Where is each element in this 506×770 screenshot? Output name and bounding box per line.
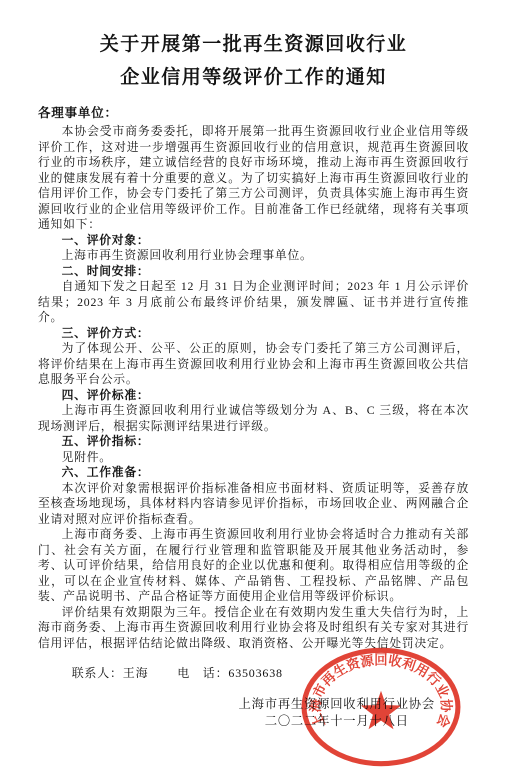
- section-3-heading: 三、评价方式：: [38, 326, 469, 342]
- contact-label: 联系人：: [72, 666, 123, 680]
- phone-number: 63503638: [228, 666, 282, 680]
- section-5-body: 见附件。: [38, 450, 469, 466]
- section-4-body: 上海市再生资源回收利用行业诚信等级划分为 A、B、C 三级，将在本次现场测评后，…: [38, 403, 469, 434]
- signature-date: 二〇二二年十一月十八日: [239, 713, 435, 730]
- signature-org: 上海市再生资源回收利用行业协会: [239, 696, 435, 713]
- section-1-heading: 一、评价对象：: [38, 233, 469, 249]
- section-6-heading: 六、工作准备：: [38, 465, 469, 481]
- title-line-1: 关于开展第一批再生资源回收行业: [100, 34, 408, 55]
- document-page: 关于开展第一批再生资源回收行业 企业信用等级评价工作的通知 各理事单位： 本协会…: [0, 0, 506, 770]
- title-line-2: 企业信用等级评价工作的通知: [120, 67, 387, 88]
- closing-paragraph-1: 上海市商务委、上海市再生资源回收利用行业协会将适时合力推动有关部门、社会有关方面…: [38, 527, 469, 605]
- intro-paragraph: 本协会受市商务委委托，即将开展第一批再生资源回收行业企业信用等级评价工作，这对进…: [38, 124, 469, 233]
- section-6-body: 本次评价对象需根据评价指标准备相应书面材料、资质证明等，妥善存放至核查场地现场，…: [38, 481, 469, 528]
- closing-paragraph-2: 评价结果有效期限为三年。授信企业在有效期内发生重大失信行为时，上海市商务委、上海…: [38, 605, 469, 652]
- phone-label: 电 话：: [177, 666, 228, 680]
- section-1-body: 上海市再生资源回收利用行业协会理事单位。: [38, 248, 469, 264]
- section-2-heading: 二、时间安排：: [38, 264, 469, 280]
- section-2-body: 自通知下发之日起至 12 月 31 日为企业测评时间；2023 年 1 月公示评…: [38, 279, 469, 326]
- document-title: 关于开展第一批再生资源回收行业 企业信用等级评价工作的通知: [38, 28, 469, 94]
- salutation: 各理事单位：: [38, 103, 469, 121]
- contact-line: 联系人：王海电 话：63503638: [38, 664, 469, 681]
- section-3-body: 为了体现公开、公平、公正的原则，协会专门委托了第三方公司测评后，将评价结果在上海…: [38, 341, 469, 388]
- document-content: 关于开展第一批再生资源回收行业 企业信用等级评价工作的通知 各理事单位： 本协会…: [0, 0, 506, 730]
- signature-block: 上海市再生资源回收利用行业协会 二〇二二年十一月十八日: [239, 696, 435, 730]
- section-4-heading: 四、评价标准：: [38, 388, 469, 404]
- section-5-heading: 五、评价指标：: [38, 434, 469, 450]
- contact-name: 王海: [123, 666, 149, 680]
